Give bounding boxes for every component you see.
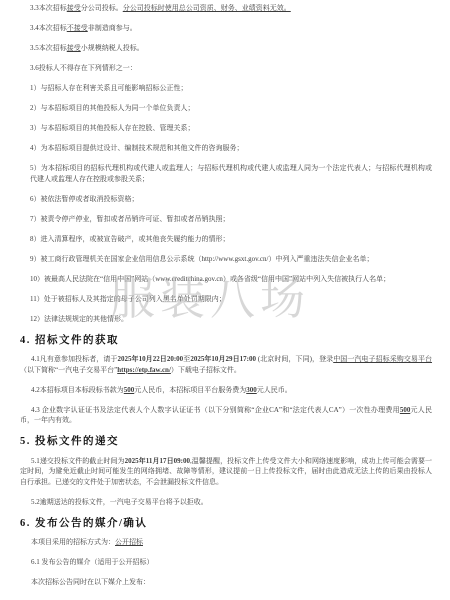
document-page: 3.3本次招标接受分公司投标。分公司投标时使用总公司资质、财务、业绩资料无效。 … <box>0 0 450 588</box>
list-item-6: 6）被依法暂停或者取消投标资格； <box>30 194 432 205</box>
link[interactable]: 公开招标 <box>115 538 143 546</box>
list-item-10: 10）被最高人民法院在“信用中国”网站（www.creditchina.gov.… <box>30 274 432 285</box>
text-segment: 非制造商参与。 <box>88 24 137 32</box>
paragraph-4-3: 4.3 企业数字认证证书及法定代表人个人数字认证证书（以下分别简称“企业CA”和… <box>20 405 432 426</box>
text-segment: 500 <box>124 386 135 394</box>
paragraph-5-1: 5.1递交投标文件的截止时间为2025年11月17日09:00,温馨提醒，投标文… <box>20 456 432 488</box>
section-5-heading: 5. 投标文件的递交 <box>20 435 432 449</box>
text-segment: 2025年10月22日20:00 <box>117 355 183 363</box>
text-segment: 元人民币。 <box>257 386 292 394</box>
clause-3-3: 3.3本次招标接受分公司投标。分公司投标时使用总公司资质、财务、业绩资料无效。 <box>30 3 432 14</box>
announcement-media-line: 本次招标公告同时在以下媒介上发布： <box>20 577 432 588</box>
list-item-5: 5）为本招标项目的招标代理机构或代建人或监理人；与招标代理机构或代建人或监理人同… <box>30 163 432 184</box>
paragraph-4-2: 4.2本招标项目本标段标书款为500元人民币，本招标项目平台服务费为300元人民… <box>20 385 432 396</box>
text-segment: 2）与本招标项目的其他投标人为同一个单位负责人； <box>30 104 195 112</box>
clause-3-4: 3.4本次招标不接受非制造商参与。 <box>30 23 432 34</box>
text-segment: 3.3本次招标 <box>30 4 67 12</box>
list-item-8: 8）进入清算程序，或被宣告破产，或其他丧失履约能力的情形； <box>30 234 432 245</box>
text-segment: 5）为本招标项目的招标代理机构或代建人或监理人；与招标代理机构或代建人或监理人同… <box>30 164 432 183</box>
text-segment: 接受 <box>67 4 81 12</box>
text-segment: (北京时间，下同)，登录 <box>256 355 333 363</box>
list-item-11: 11）处于被招标人及其指定的母子公司列入黑名单处罚期限内； <box>30 294 432 305</box>
text-segment: 5.1递交投标文件的截止时间为 <box>31 457 125 465</box>
text-segment: 1）与招标人存在利害关系且可能影响招标公正性； <box>30 84 188 92</box>
link[interactable]: 中国一汽电子招标采购交易平台 <box>333 355 432 363</box>
text-segment: 小规模纳税人投标。 <box>81 44 144 52</box>
text-segment: 11）处于被招标人及其指定的母子公司列入黑名单处罚期限内； <box>30 295 226 303</box>
text-segment: 4.3 企业数字认证证书及法定代表人个人数字认证证书（以下分别简称“企业CA”和… <box>31 406 400 414</box>
text-segment: 300 <box>246 386 257 394</box>
text-segment: 分公司投标时使用总公司资质、财务、业绩资料无效。 <box>123 4 291 12</box>
tender-method-line: 本项目采用的招标方式为：公开招标 <box>20 537 432 548</box>
text-segment: （以下简称“一汽电子交易平台” <box>20 366 117 374</box>
text-segment: 本次招标公告同时在以下媒介上发布： <box>31 578 150 586</box>
paragraph-5-2: 5.2逾期送达的投标文件，一汽电子交易平台将予以拒收。 <box>20 497 432 508</box>
text-segment: 2025年11月17日09:00 <box>125 457 190 465</box>
text-segment: 9）被工商行政管理机关在国家企业信用信息公示系统（http://www.gsxt… <box>30 255 373 263</box>
text-segment: 500 <box>400 406 411 414</box>
link[interactable]: https://etp.faw.cn/ <box>117 366 171 374</box>
list-item-3: 3）与本招标项目的其他投标人存在控股、管理关系； <box>30 123 432 134</box>
text-segment: 接受 <box>67 44 81 52</box>
text-segment: 4.2本招标项目本标段标书款为 <box>31 386 124 394</box>
text-segment: 元人民币，本招标项目平台服务费为 <box>134 386 246 394</box>
text-segment: 3.4本次招标 <box>30 24 67 32</box>
text-segment: 3）与本招标项目的其他投标人存在控股、管理关系； <box>30 124 195 132</box>
text-segment: 6）被依法暂停或者取消投标资格； <box>30 195 139 203</box>
list-item-1: 1）与招标人存在利害关系且可能影响招标公正性； <box>30 83 432 94</box>
text-segment: 4）为本招标项目提供过设计、编制技术规范和其他文件的咨询服务； <box>30 144 244 152</box>
text-segment: 分公司投标。 <box>81 4 123 12</box>
text-segment: 12）法律法规规定的其他情形。 <box>30 315 128 323</box>
clause-3-5: 3.5本次招标接受小规模纳税人投标。 <box>30 43 432 54</box>
paragraph-4-1: 4.1凡有意参加投标者，请于2025年10月22日20:00至2025年10月2… <box>20 354 432 375</box>
paragraph-6-1: 6.1 发布公告的媒介（适用于公开招标） <box>20 557 432 568</box>
text-segment: 2025年10月29日17:00 <box>190 355 256 363</box>
text-segment: 不接受 <box>67 24 88 32</box>
list-item-7: 7）被责令停产停业，暂扣或者吊销许可证、暂扣或者吊销执照； <box>30 214 432 225</box>
list-item-2: 2）与本招标项目的其他投标人为同一个单位负责人； <box>30 103 432 114</box>
text-segment: 10）被最高人民法院在“信用中国”网站（www.creditchina.gov.… <box>30 275 390 283</box>
section-6-heading: 6. 发布公告的媒介/确认 <box>20 517 432 531</box>
list-item-4: 4）为本招标项目提供过设计、编制技术规范和其他文件的咨询服务； <box>30 143 432 154</box>
clause-3-6: 3.6投标人不得存在下列情形之一： <box>30 63 432 74</box>
text-segment: 6.1 发布公告的媒介（适用于公开招标） <box>31 558 154 566</box>
text-segment: 8）进入清算程序，或被宣告破产，或其他丧失履约能力的情形； <box>30 235 230 243</box>
list-item-9: 9）被工商行政管理机关在国家企业信用信息公示系统（http://www.gsxt… <box>30 254 432 265</box>
text-segment: 3.5本次招标 <box>30 44 67 52</box>
text-segment: 3.6投标人不得存在下列情形之一： <box>30 64 137 72</box>
text-segment: 5.2逾期送达的投标文件，一汽电子交易平台将予以拒收。 <box>31 498 208 506</box>
text-segment: 4.1凡有意参加投标者，请于 <box>31 355 117 363</box>
list-item-12: 12）法律法规规定的其他情形。 <box>30 314 432 325</box>
text-segment: 7）被责令停产停业，暂扣或者吊销许可证、暂扣或者吊销执照； <box>30 215 230 223</box>
text-segment: 本项目采用的招标方式为： <box>31 538 115 546</box>
text-segment: ）下载电子招标文件。 <box>171 366 241 374</box>
section-4-heading: 4. 招标文件的获取 <box>20 334 432 348</box>
